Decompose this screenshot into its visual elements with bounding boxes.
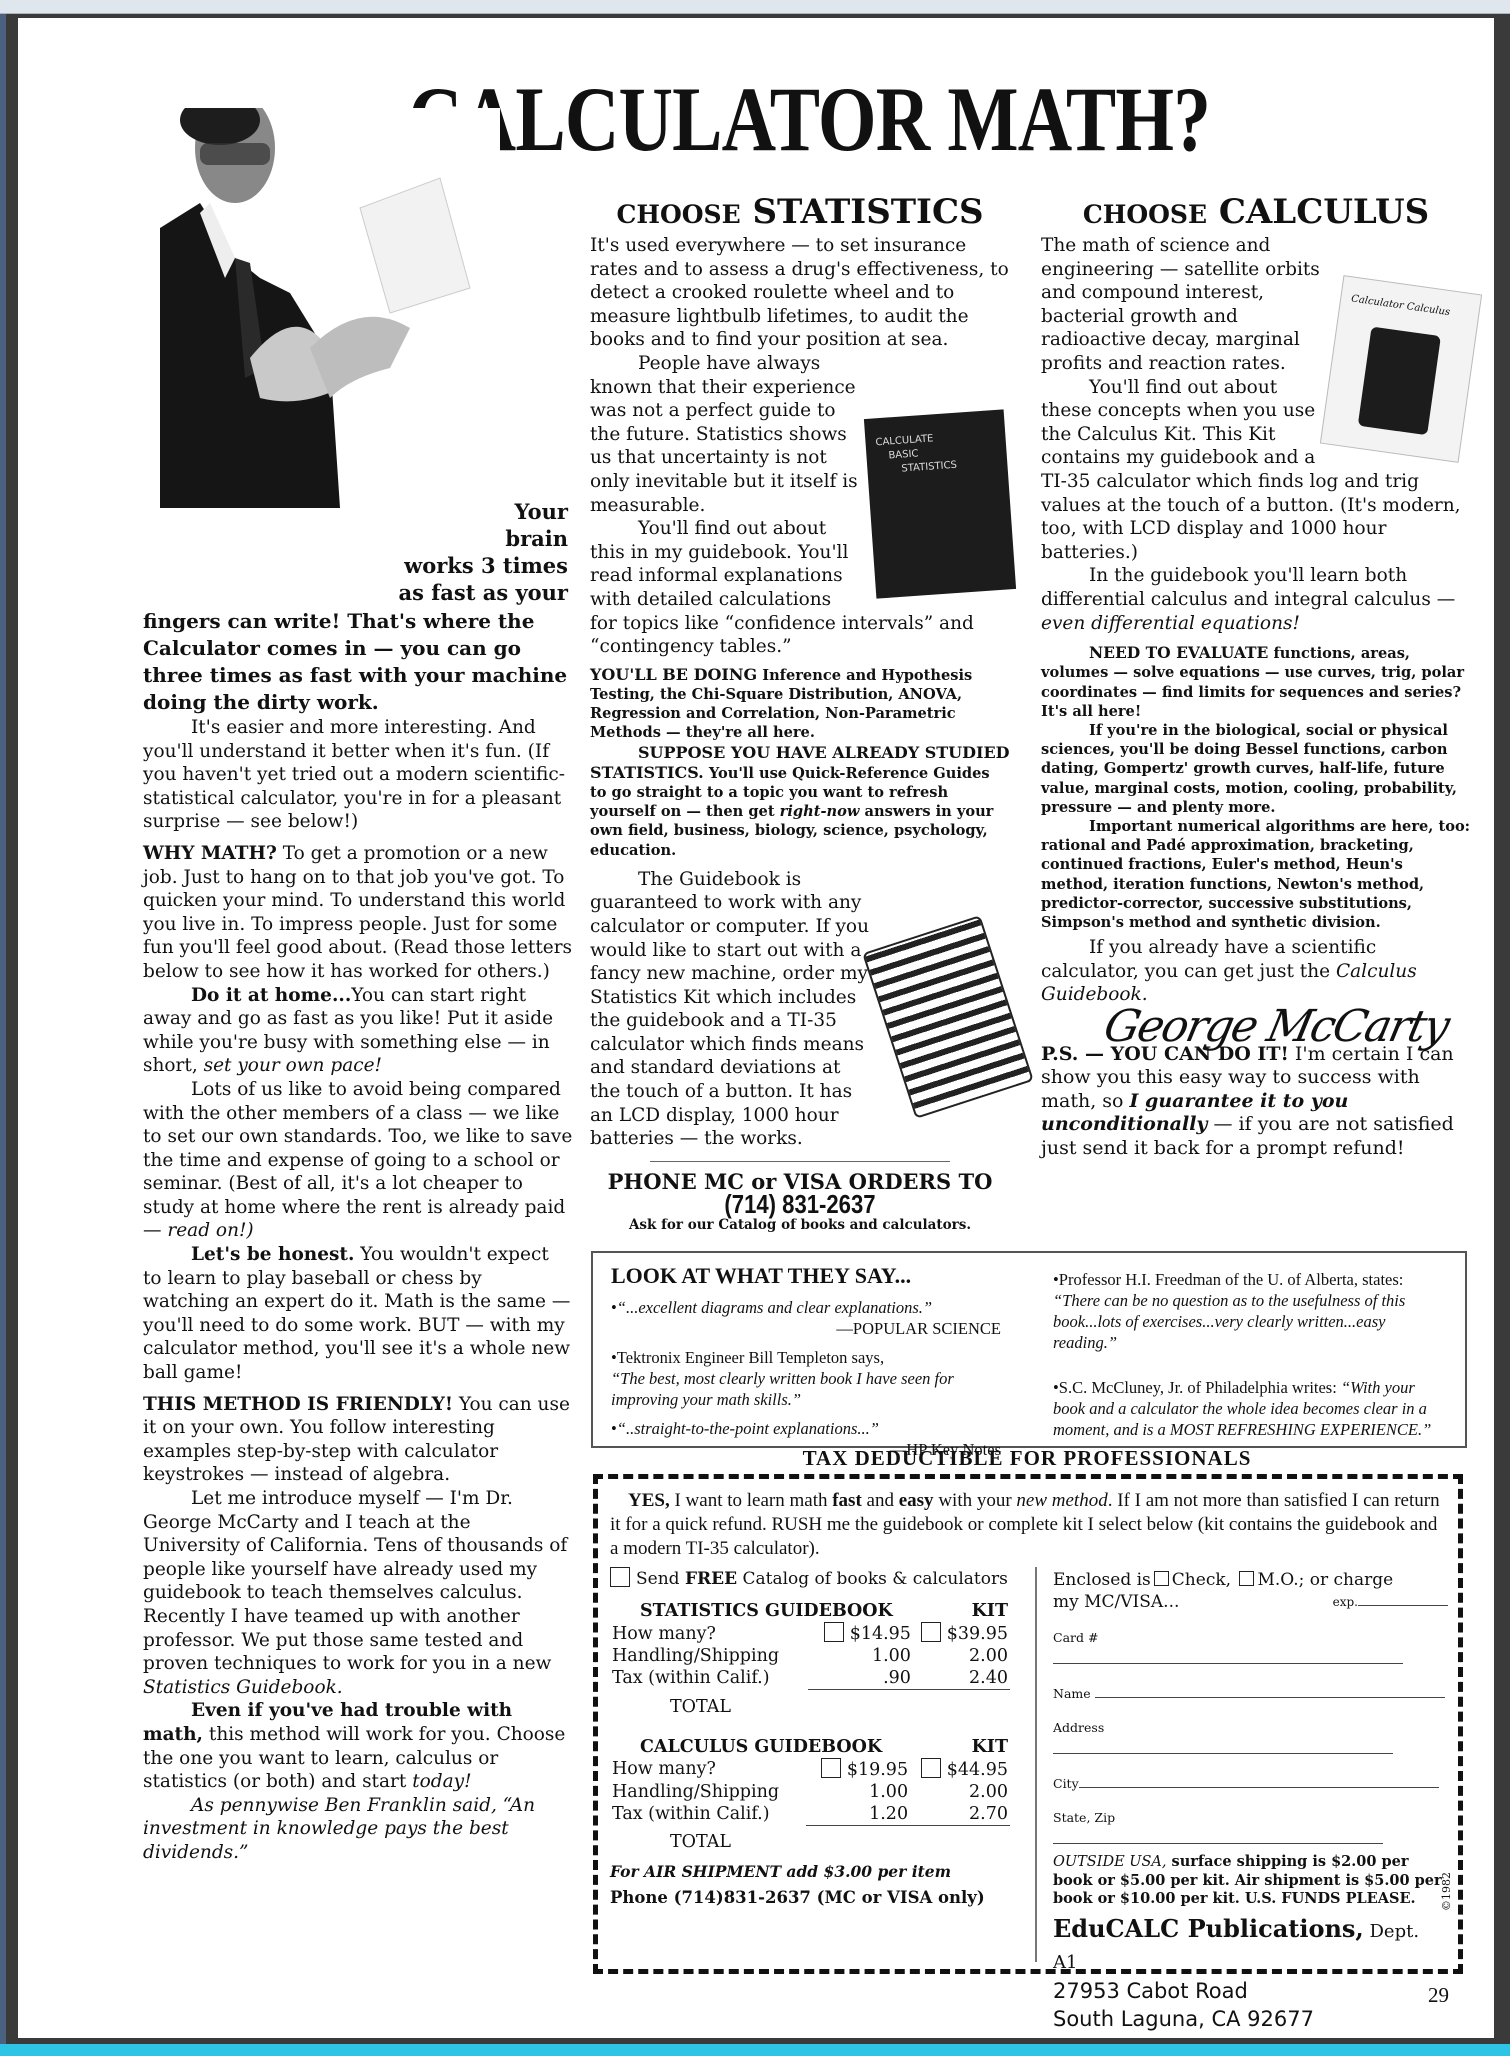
viewer-left-strip: [0, 14, 6, 2044]
stats-book-checkbox[interactable]: [824, 1622, 844, 1642]
calculus-column: CHOOSE CALCULUS Calculator Calculus The …: [1041, 193, 1471, 1160]
testimonial-item: •Professor H.I. Freedman of the U. of Al…: [1053, 1269, 1448, 1353]
page-title: CALCULATOR MATH?: [408, 73, 1146, 165]
testimonials-right: •Professor H.I. Freedman of the U. of Al…: [1053, 1269, 1448, 1440]
testimonial-item: •“...excellent diagrams and clear explan…: [611, 1297, 1011, 1339]
viewer-toolbar: [0, 0, 1510, 14]
testimonial-item: •S.C. McCluney, Jr. of Philadelphia writ…: [1053, 1377, 1448, 1440]
calculus-book-image: Calculator Calculus: [1320, 275, 1482, 463]
introduce-paragraph: Let me introduce myself — I'm Dr. George…: [143, 1487, 573, 1699]
order-right: Enclosed isCheck, M.O.; or charge my MC/…: [1053, 1569, 1448, 2033]
calc-kit-total-field[interactable]: [910, 1825, 1010, 1859]
field-card: Card #: [1053, 1627, 1448, 1671]
calc-evaluate: NEED TO EVALUATE functions, areas, volum…: [1041, 643, 1471, 721]
statistics-heading: CHOOSE STATISTICS: [590, 193, 1010, 234]
statistics-price-table: STATISTICS GUIDEBOOKKIT How many?$14.95$…: [610, 1600, 1010, 1724]
why-math-paragraph: WHY MATH? To get a promotion or a new jo…: [143, 842, 573, 984]
page-number: 29: [1428, 1983, 1449, 2008]
catalog-option[interactable]: Send FREE Catalog of books & calculators: [610, 1567, 1030, 1590]
field-city: City: [1053, 1773, 1448, 1795]
ps-paragraph: P.S. — YOU CAN DO IT! I'm certain I can …: [1041, 1043, 1471, 1161]
name-field[interactable]: [1095, 1697, 1445, 1698]
catalog-checkbox[interactable]: [610, 1567, 630, 1587]
calc-book-total-field[interactable]: [806, 1825, 910, 1859]
hook-lines: Your brain works 3 times as fast as your: [318, 498, 568, 606]
stats-already-studied: SUPPOSE YOU HAVE ALREADY STUDIED STATIST…: [590, 743, 1010, 860]
friendly-paragraph: THIS METHOD IS FRIENDLY! You can use it …: [143, 1393, 573, 1487]
statistics-book-image: CALCULATE BASIC STATISTICS: [864, 409, 1016, 598]
stats-paragraph-1: It's used everywhere — to set insurance …: [590, 234, 1010, 352]
calculus-heading: CHOOSE CALCULUS: [1041, 193, 1471, 234]
intro-paragraph: It's easier and more interesting. And yo…: [143, 716, 573, 834]
exp-field[interactable]: [1358, 1605, 1448, 1606]
signature: George McCarty: [1078, 1015, 1473, 1039]
hook-tail: fingers can write! That's where the Calc…: [143, 608, 573, 716]
stats-kit-checkbox[interactable]: [921, 1622, 941, 1642]
address-line-1: 27953 Cabot Road: [1053, 1977, 1448, 2005]
form-divider: [1035, 1567, 1037, 1962]
order-left: Send FREE Catalog of books & calculators…: [610, 1567, 1030, 1909]
franklin-quote: As pennywise Ben Franklin said, “An inve…: [143, 1794, 573, 1865]
order-intro: YES, I want to learn math fast and easy …: [610, 1489, 1450, 1561]
testimonial-item: •Tektronix Engineer Bill Templeton says,…: [611, 1347, 1011, 1410]
home-paragraph: Do it at home...You can start right away…: [143, 984, 573, 1078]
calc-book-checkbox[interactable]: [821, 1758, 841, 1778]
phone-orders: PHONE MC or VISA ORDERS TO (714) 831-263…: [590, 1170, 1010, 1234]
tax-banner: TAX DEDUCTIBLE FOR PROFESSIONALS: [591, 1446, 1463, 1471]
standards-paragraph: Lots of us like to avoid being compared …: [143, 1078, 573, 1243]
divider: [650, 1161, 950, 1162]
document-page: CALCULATOR MATH? Your brain works 3 time…: [18, 18, 1494, 2038]
field-name: Name: [1053, 1683, 1448, 1705]
mo-checkbox[interactable]: [1239, 1571, 1254, 1586]
trouble-paragraph: Even if you've had trouble with math, th…: [143, 1699, 573, 1793]
check-checkbox[interactable]: [1154, 1571, 1169, 1586]
field-state-zip: State, Zip: [1053, 1807, 1448, 1851]
address-field[interactable]: [1053, 1753, 1393, 1754]
calc-paragraph-3: In the guidebook you'll learn both diffe…: [1041, 564, 1471, 635]
state-zip-field[interactable]: [1053, 1843, 1383, 1844]
stats-kit-total-field[interactable]: [913, 1690, 1010, 1724]
order-form: YES, I want to learn math fast and easy …: [593, 1474, 1463, 1974]
calc-paragraph-4: If you already have a scientific calcula…: [1041, 936, 1471, 1007]
address-line-2: South Laguna, CA 92677: [1053, 2005, 1448, 2033]
testimonials-box: LOOK AT WHAT THEY SAY... •“...excellent …: [591, 1251, 1467, 1448]
viewer-status-bar: [0, 2044, 1510, 2056]
calc-algorithms: Important numerical algorithms are here,…: [1041, 817, 1471, 932]
copyright: ©1982: [1440, 1872, 1453, 1911]
calculus-price-table: CALCULUS GUIDEBOOKKIT How many?$19.95$44…: [610, 1736, 1010, 1860]
statistics-column: CHOOSE STATISTICS It's used everywhere —…: [590, 193, 1010, 1234]
calc-kit-checkbox[interactable]: [921, 1758, 941, 1778]
city-field[interactable]: [1079, 1787, 1439, 1788]
air-shipment-note: For AIR SHIPMENT add $3.00 per item: [610, 1861, 1030, 1883]
phone-note: Phone (714)831-2637 (MC or VISA only): [610, 1887, 1030, 1909]
stats-book-total-field[interactable]: [808, 1690, 913, 1724]
testimonials-left: LOOK AT WHAT THEY SAY... •“...excellent …: [611, 1261, 1011, 1460]
company-name: EduCALC Publications, Dept. A1: [1053, 1915, 1448, 1977]
payment-method: Enclosed isCheck, M.O.; or charge: [1053, 1569, 1448, 1591]
author-photo: [140, 108, 500, 508]
left-column: fingers can write! That's where the Calc…: [143, 608, 573, 1865]
testimonials-heading: LOOK AT WHAT THEY SAY...: [611, 1261, 1011, 1291]
calc-sciences: If you're in the biological, social or p…: [1041, 721, 1471, 817]
honest-paragraph: Let's be honest. You wouldn't expect to …: [143, 1243, 573, 1385]
card-number-field[interactable]: [1053, 1663, 1403, 1664]
field-address: Address: [1053, 1717, 1448, 1761]
outside-usa-note: OUTSIDE USA, surface shipping is $2.00 p…: [1053, 1853, 1448, 1909]
stats-doing: YOU'LL BE DOING Inference and Hypothesis…: [590, 665, 1010, 743]
